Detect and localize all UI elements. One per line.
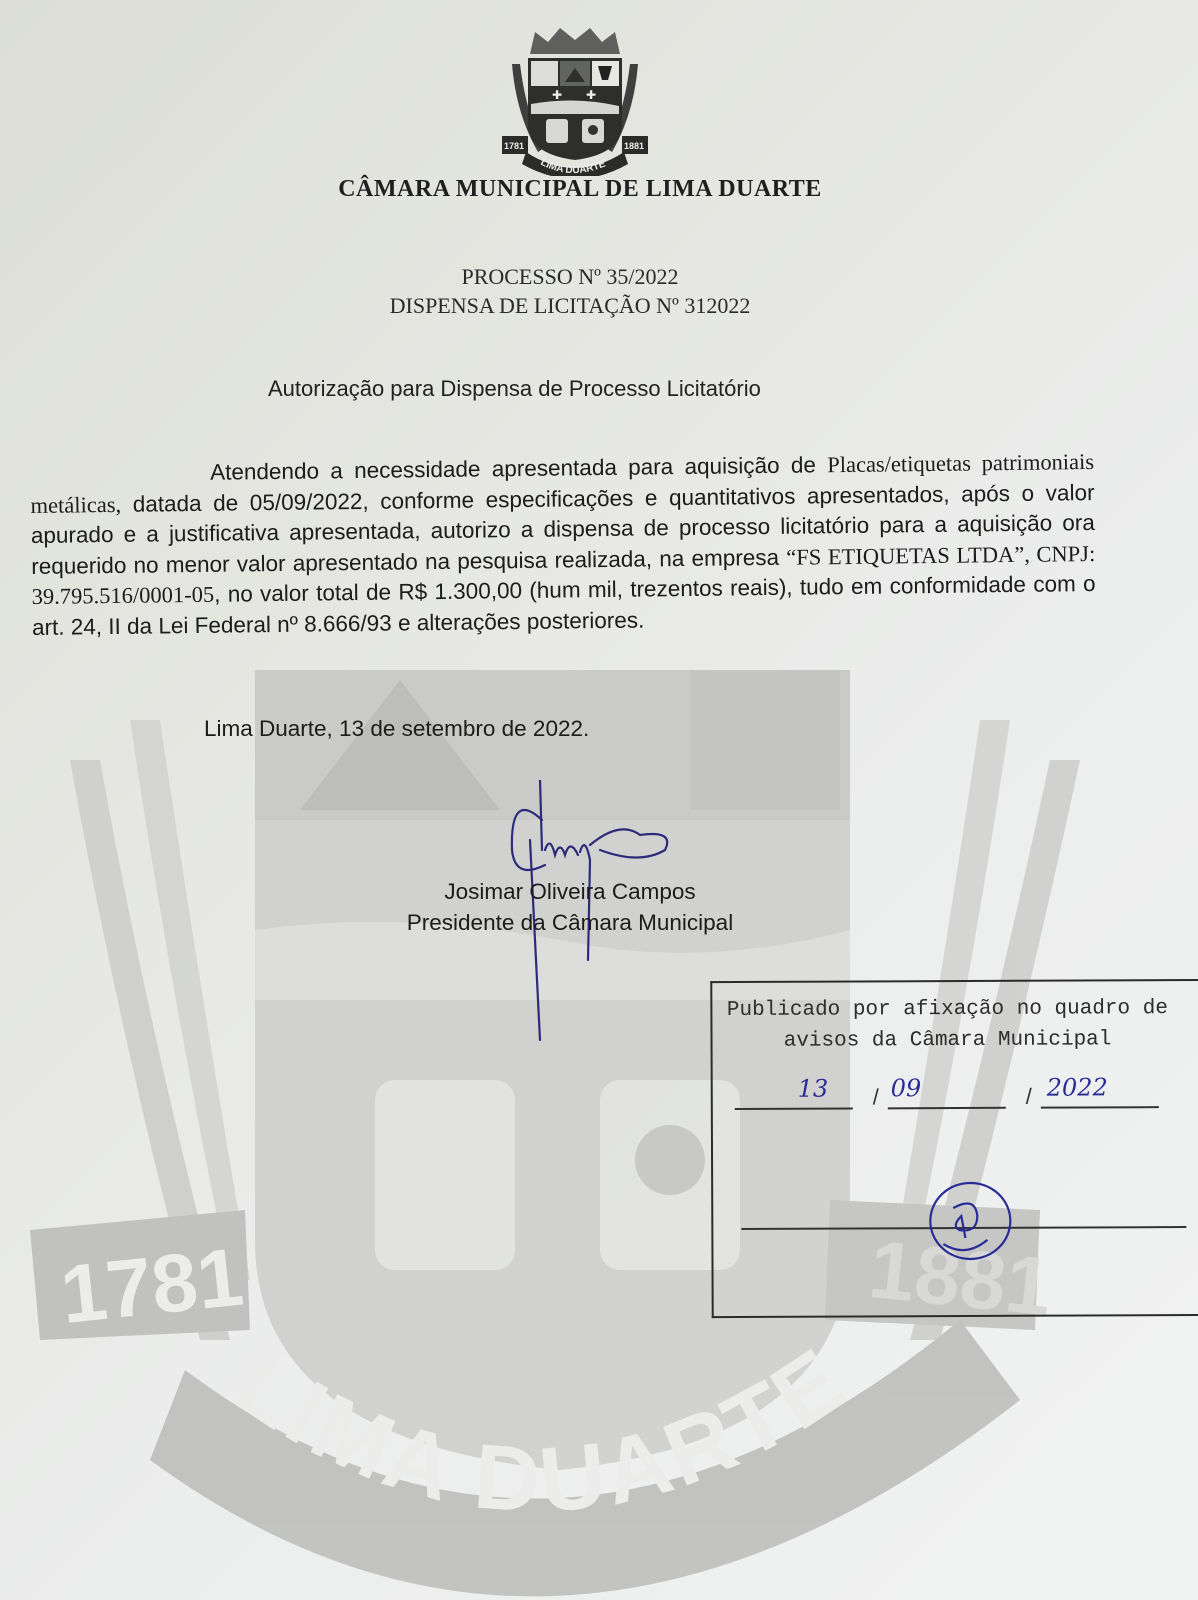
svg-text:1781: 1781 — [504, 141, 524, 151]
body-part-1: Atendendo a necessidade apresentada para… — [210, 452, 827, 485]
place-and-date: Lima Duarte, 13 de setembro de 2022. — [204, 716, 589, 742]
publication-month: 09 — [891, 1074, 922, 1102]
svg-text:1881: 1881 — [624, 141, 644, 151]
svg-text:LIMA DUARTE: LIMA DUARTE — [219, 1328, 865, 1532]
publication-year: 2022 — [1047, 1073, 1108, 1101]
institution-name: CÂMARA MUNICIPAL DE LIMA DUARTE — [0, 176, 1160, 203]
signer-role: Presidente da Câmara Municipal — [360, 907, 780, 938]
month-line — [888, 1107, 1006, 1110]
signer-block: Josimar Oliveira Campos Presidente da Câ… — [360, 876, 780, 938]
rubric-initial-mark — [925, 1178, 1015, 1268]
svg-text:✚: ✚ — [552, 88, 562, 102]
municipal-coat-of-arms: ✚ ✚ 1781 1881 LIMA DUARTE — [500, 24, 650, 176]
publication-day: 13 — [798, 1075, 829, 1103]
svg-text:1781: 1781 — [56, 1232, 247, 1342]
document-page: 1781 1881 LIMA DUARTE ✚ ✚ — [0, 0, 1198, 1600]
dispensa-number: DISPENSA DE LICITAÇÃO Nº 312022 — [0, 291, 1140, 320]
year-line — [1041, 1106, 1159, 1109]
process-heading: PROCESSO Nº 35/2022 DISPENSA DE LICITAÇÃ… — [0, 262, 1140, 320]
publication-stamp-box: Publicado por afixação no quadro de avis… — [710, 979, 1198, 1318]
publication-notice: Publicado por afixação no quadro de avis… — [712, 993, 1182, 1057]
date-separator: / — [873, 1084, 879, 1110]
day-line — [735, 1107, 853, 1110]
signer-name: Josimar Oliveira Campos — [360, 876, 780, 907]
svg-text:✚: ✚ — [586, 88, 596, 102]
authorization-paragraph: Atendendo a necessidade apresentada para… — [30, 447, 1096, 643]
process-number: PROCESSO Nº 35/2022 — [0, 262, 1140, 291]
document-title: Autorização para Dispensa de Processo Li… — [268, 376, 761, 402]
date-separator: / — [1026, 1084, 1032, 1110]
